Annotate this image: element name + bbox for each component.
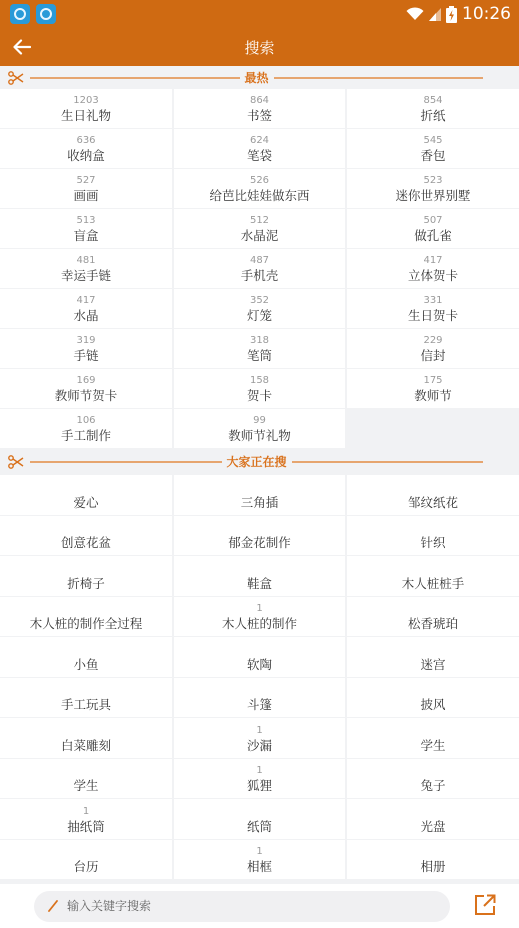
- search-term-item[interactable]: 木人桩桩手: [347, 556, 519, 596]
- search-term-item[interactable]: 三角插: [174, 475, 345, 515]
- search-term-label: 画画: [73, 187, 98, 204]
- search-term-label: 折椅子: [67, 575, 105, 592]
- search-term-item[interactable]: 106手工制作: [0, 409, 172, 448]
- search-term-label: 松香琥珀: [408, 615, 458, 632]
- search-term-label: 生日礼物: [61, 107, 111, 124]
- search-term-label: 折纸: [420, 107, 445, 124]
- section-header-trending: 大家正在搜: [0, 450, 519, 473]
- search-term-item[interactable]: 光盘: [347, 799, 519, 839]
- search-term-item[interactable]: 527画画: [0, 169, 172, 208]
- battery-charging-icon: [446, 6, 457, 23]
- search-count: 352: [250, 294, 269, 307]
- search-count: 526: [250, 174, 269, 187]
- scissors-icon: [8, 455, 24, 469]
- wifi-icon: [406, 7, 424, 21]
- search-count: 1: [256, 724, 262, 737]
- search-term-item[interactable]: 523迷你世界别墅: [347, 169, 519, 208]
- search-count: 417: [423, 254, 442, 267]
- search-term-item[interactable]: 纸筒: [174, 799, 345, 839]
- search-count: 1: [256, 602, 262, 615]
- search-term-item[interactable]: 斗篷: [174, 678, 345, 718]
- search-term-label: 灯笼: [247, 307, 272, 324]
- search-count: 513: [76, 214, 95, 227]
- search-count: 624: [250, 134, 269, 147]
- search-term-label: 台历: [73, 858, 98, 875]
- search-term-label: 狐狸: [247, 777, 272, 794]
- search-term-item[interactable]: 1沙漏: [174, 718, 345, 758]
- search-term-label: 教师节礼物: [228, 427, 291, 444]
- search-term-item[interactable]: 624笔袋: [174, 129, 345, 168]
- search-term-label: 香包: [420, 147, 445, 164]
- search-count: 523: [423, 174, 442, 187]
- search-count: 319: [76, 334, 95, 347]
- search-term-item[interactable]: 487手机壳: [174, 249, 345, 288]
- divider-line: [274, 77, 484, 79]
- search-term-item[interactable]: 417立体贺卡: [347, 249, 519, 288]
- search-term-label: 盲盒: [73, 227, 98, 244]
- scissors-icon: [8, 71, 24, 85]
- search-input[interactable]: [65, 898, 429, 914]
- search-term-item[interactable]: 折椅子: [0, 556, 172, 596]
- search-count: 1: [83, 805, 89, 818]
- search-count: 1: [256, 845, 262, 858]
- section-header-hot: 最热: [0, 66, 519, 89]
- search-term-item[interactable]: 319手链: [0, 329, 172, 368]
- search-term-item[interactable]: 白菜雕刻: [0, 718, 172, 758]
- search-term-item[interactable]: 99教师节礼物: [174, 409, 345, 448]
- search-term-label: 水晶: [73, 307, 98, 324]
- search-term-label: 学生: [420, 737, 445, 754]
- search-term-label: 教师节: [414, 387, 452, 404]
- search-term-item[interactable]: 331生日贺卡: [347, 289, 519, 328]
- search-term-item[interactable]: 158贺卡: [174, 369, 345, 408]
- app-notification-icon: [10, 4, 30, 24]
- search-term-label: 贺卡: [247, 387, 272, 404]
- search-term-item[interactable]: 郁金花制作: [174, 516, 345, 556]
- search-term-label: 迷你世界别墅: [395, 187, 470, 204]
- search-count: 169: [76, 374, 95, 387]
- search-term-label: 软陶: [247, 656, 272, 673]
- pencil-icon: [48, 900, 58, 912]
- toolbar: 搜索: [0, 28, 519, 66]
- search-term-label: 针织: [420, 534, 445, 551]
- search-term-label: 木人桩的制作全过程: [30, 615, 143, 632]
- search-term-label: 斗篷: [247, 696, 272, 713]
- search-term-label: 笔筒: [247, 347, 272, 364]
- signal-icon: [429, 7, 441, 21]
- search-term-item[interactable]: 169教师节贺卡: [0, 369, 172, 408]
- search-term-item[interactable]: 512水晶泥: [174, 209, 345, 248]
- search-term-item[interactable]: 针织: [347, 516, 519, 556]
- search-count: 106: [76, 414, 95, 427]
- search-term-label: 鞋盒: [247, 575, 272, 592]
- status-bar-system: 10:26: [406, 4, 511, 24]
- search-count: 158: [250, 374, 269, 387]
- search-term-label: 生日贺卡: [408, 307, 458, 324]
- search-term-item[interactable]: 学生: [347, 718, 519, 758]
- search-count: 487: [250, 254, 269, 267]
- search-count: 854: [423, 94, 442, 107]
- search-term-label: 笔袋: [247, 147, 272, 164]
- search-term-label: 抽纸筒: [67, 818, 105, 835]
- search-term-label: 郁金花制作: [228, 534, 291, 551]
- share-external-icon: [473, 893, 497, 917]
- search-term-item[interactable]: 481幸运手链: [0, 249, 172, 288]
- search-count: 318: [250, 334, 269, 347]
- search-term-label: 爱心: [73, 494, 98, 511]
- search-count: 527: [76, 174, 95, 187]
- search-count: 481: [76, 254, 95, 267]
- search-term-label: 纸筒: [247, 818, 272, 835]
- search-term-item[interactable]: 小鱼: [0, 637, 172, 677]
- search-term-item[interactable]: 545香包: [347, 129, 519, 168]
- search-term-item[interactable]: 鞋盒: [174, 556, 345, 596]
- search-term-label: 创意花盆: [61, 534, 111, 551]
- search-term-label: 立体贺卡: [408, 267, 458, 284]
- search-term-label: 沙漏: [247, 737, 272, 754]
- search-term-label: 相册: [420, 858, 445, 875]
- divider-line: [292, 461, 484, 463]
- search-term-label: 幸运手链: [61, 267, 111, 284]
- search-term-item[interactable]: 513盲盒: [0, 209, 172, 248]
- search-term-item[interactable]: 417水晶: [0, 289, 172, 328]
- search-term-item[interactable]: 木人桩的制作全过程: [0, 597, 172, 637]
- search-term-item[interactable]: 175教师节: [347, 369, 519, 408]
- search-term-item[interactable]: 爱心: [0, 475, 172, 515]
- search-term-label: 水晶泥: [241, 227, 279, 244]
- search-term-item[interactable]: 迷宫: [347, 637, 519, 677]
- bottom-search-bar: [0, 884, 519, 928]
- trending-search-grid: 爱心三角插邹纹纸花创意花盆郁金花制作针织折椅子鞋盒木人桩桩手木人桩的制作全过程1…: [0, 475, 519, 879]
- search-term-label: 光盘: [420, 818, 445, 835]
- arrow-left-icon: [13, 39, 31, 55]
- search-term-item[interactable]: 1狐狸: [174, 759, 345, 799]
- hot-search-grid: 1203生日礼物864书签854折纸636收纳盒624笔袋545香包527画画5…: [0, 89, 519, 448]
- search-term-item[interactable]: 相册: [347, 840, 519, 880]
- back-button[interactable]: [10, 35, 34, 59]
- search-count: 99: [253, 414, 266, 427]
- search-term-label: 信封: [420, 347, 445, 364]
- search-count: 331: [423, 294, 442, 307]
- search-term-label: 小鱼: [73, 656, 98, 673]
- search-term-item[interactable]: 854折纸: [347, 89, 519, 128]
- search-term-label: 书签: [247, 107, 272, 124]
- search-count: 512: [250, 214, 269, 227]
- search-count: 175: [423, 374, 442, 387]
- app-notification-icon: [36, 4, 56, 24]
- section-title: 最热: [240, 69, 274, 86]
- search-term-label: 木人桩的制作: [222, 615, 297, 632]
- search-term-item[interactable]: 松香琥珀: [347, 597, 519, 637]
- search-term-item[interactable]: 1抽纸筒: [0, 799, 172, 839]
- search-term-label: 手链: [73, 347, 98, 364]
- divider-line: [30, 461, 222, 463]
- search-term-item[interactable]: 创意花盆: [0, 516, 172, 556]
- search-term-item[interactable]: 507做孔雀: [347, 209, 519, 248]
- search-count: 636: [76, 134, 95, 147]
- search-term-item[interactable]: 邹纹纸花: [347, 475, 519, 515]
- search-term-label: 给芭比娃娃做东西: [209, 187, 309, 204]
- clock: 10:26: [462, 4, 511, 24]
- search-term-label: 披风: [420, 696, 445, 713]
- search-term-item[interactable]: 1相框: [174, 840, 345, 880]
- search-term-label: 三角插: [241, 494, 279, 511]
- search-term-label: 做孔雀: [414, 227, 452, 244]
- search-term-item[interactable]: 318笔筒: [174, 329, 345, 368]
- search-term-label: 教师节贺卡: [55, 387, 118, 404]
- search-term-item[interactable]: 学生: [0, 759, 172, 799]
- search-count: 229: [423, 334, 442, 347]
- search-term-item[interactable]: 台历: [0, 840, 172, 880]
- search-term-item[interactable]: 526给芭比娃娃做东西: [174, 169, 345, 208]
- search-term-item[interactable]: 手工玩具: [0, 678, 172, 718]
- search-term-label: 学生: [73, 777, 98, 794]
- search-term-item[interactable]: 229信封: [347, 329, 519, 368]
- search-term-label: 白菜雕刻: [61, 737, 111, 754]
- search-count: 507: [423, 214, 442, 227]
- search-count: 545: [423, 134, 442, 147]
- search-term-label: 收纳盒: [67, 147, 105, 164]
- page-title: 搜索: [244, 37, 274, 58]
- search-term-label: 手工玩具: [61, 696, 111, 713]
- search-count: 1: [256, 764, 262, 777]
- search-term-item[interactable]: 兔子: [347, 759, 519, 799]
- section-title: 大家正在搜: [222, 453, 292, 470]
- search-term-label: 相框: [247, 858, 272, 875]
- status-bar: 10:26: [0, 0, 519, 28]
- search-count: 417: [76, 294, 95, 307]
- search-term-item[interactable]: 864书签: [174, 89, 345, 128]
- empty-cell: [347, 409, 519, 448]
- search-count: 864: [250, 94, 269, 107]
- search-term-label: 手机壳: [241, 267, 279, 284]
- search-term-label: 邹纹纸花: [408, 494, 458, 511]
- search-term-item[interactable]: 352灯笼: [174, 289, 345, 328]
- search-term-item[interactable]: 披风: [347, 678, 519, 718]
- search-term-item[interactable]: 1203生日礼物: [0, 89, 172, 128]
- search-count: 1203: [73, 94, 98, 107]
- search-term-label: 兔子: [420, 777, 445, 794]
- divider-line: [30, 77, 240, 79]
- search-term-label: 迷宫: [420, 656, 445, 673]
- status-bar-notifications: [10, 4, 56, 24]
- search-term-item[interactable]: 636收纳盒: [0, 129, 172, 168]
- search-term-label: 木人桩桩手: [402, 575, 465, 592]
- search-term-item[interactable]: 软陶: [174, 637, 345, 677]
- search-term-label: 手工制作: [61, 427, 111, 444]
- search-term-item[interactable]: 1木人桩的制作: [174, 597, 345, 637]
- share-button[interactable]: [473, 893, 497, 917]
- search-box[interactable]: [34, 891, 450, 922]
